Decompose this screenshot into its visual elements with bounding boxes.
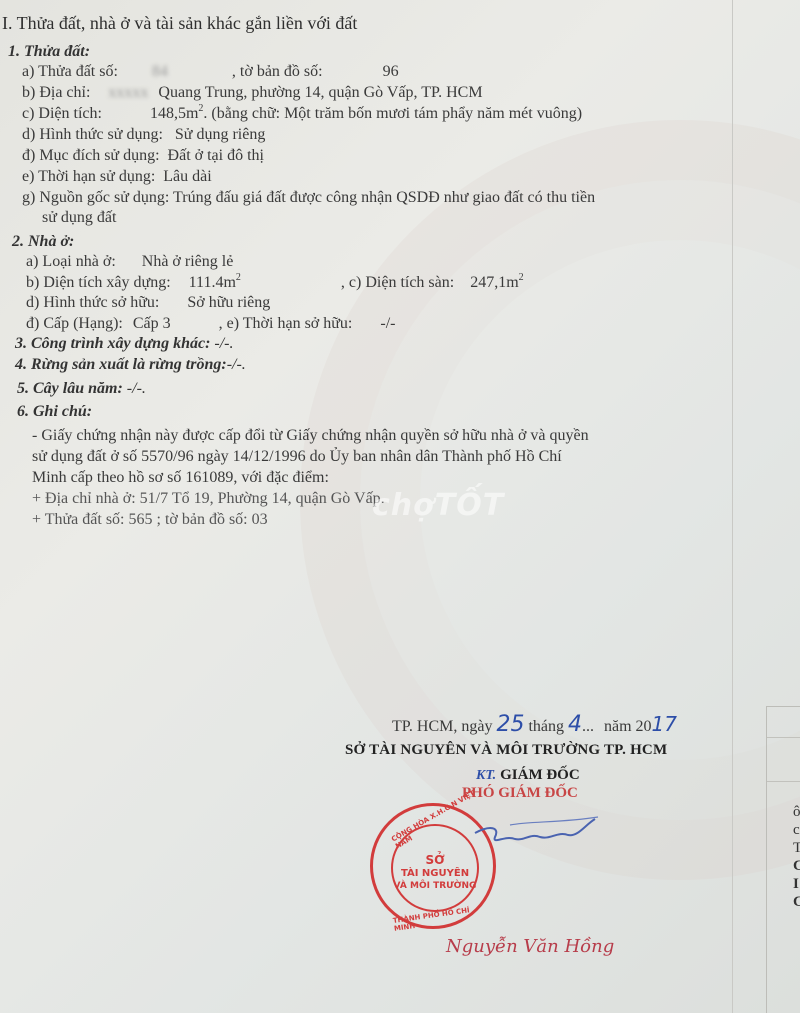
house-type-row: a) Loại nhà ở: Nhà ở riêng lẻ <box>26 252 233 271</box>
term-row: e) Thời hạn sử dụng: Lâu dài <box>22 167 212 186</box>
note-line: + Địa chỉ nhà ở: 51/7 Tổ 19, Phường 14, … <box>32 489 385 508</box>
signer-name: Nguyễn Văn Hồng <box>446 936 614 957</box>
handwritten-day: 25 <box>496 712 524 737</box>
handwritten-month: 4 <box>568 712 582 737</box>
issuing-agency: SỞ TÀI NGUYÊN VÀ MÔI TRƯỜNG TP. HCM <box>345 741 667 760</box>
adjacent-page-fragment: ô c T C I C <box>793 803 800 911</box>
purpose-row: đ) Mục đích sử dụng: Đất ở tại đô thị <box>22 146 264 165</box>
section-4: 4. Rừng sản xuất là rừng trồng:-/-. <box>15 355 246 374</box>
issue-date: TP. HCM, ngày 25 tháng 4... năm 2017 <box>392 715 677 736</box>
signer-title: KT.GIÁM ĐỐC <box>476 766 580 785</box>
parcel-number: 84 <box>152 63 168 80</box>
section-5: 5. Cây lâu năm: -/-. <box>17 379 146 398</box>
origin-row: g) Nguồn gốc sử dụng: Trúng đấu giá đất … <box>22 188 595 207</box>
handwritten-signature-icon <box>470 815 600 855</box>
watermark-logo: chợTỐT <box>372 488 504 523</box>
house-title: 2. Nhà ở: <box>12 232 74 251</box>
grade-row: đ) Cấp (Hạng): Cấp 3 , e) Thời hạn sở hữ… <box>26 314 395 333</box>
handwritten-year: 17 <box>652 712 677 736</box>
map-sheet-number: 96 <box>383 63 399 80</box>
page-edge <box>732 0 733 1013</box>
adjacent-page-panel: ô c T C I C <box>766 706 800 1013</box>
build-area-row: b) Diện tích xây dựng: 111.4m2 , c) Diện… <box>26 273 524 292</box>
section-heading: I. Thửa đất, nhà ở và tài sản khác gắn l… <box>2 14 357 33</box>
address-row: b) Địa chỉ: xxxxx Quang Trung, phường 14… <box>22 83 483 102</box>
note-line: sử dụng đất ở số 5570/96 ngày 14/12/1996… <box>32 447 562 466</box>
origin-row-cont: sử dụng đất <box>42 208 116 227</box>
address-redacted: xxxxx <box>108 84 148 101</box>
parcel-row: a) Thửa đất số: 84 , tờ bản đồ số: 96 <box>22 62 399 81</box>
usage-form-row: d) Hình thức sử dụng: Sử dụng riêng <box>22 125 265 144</box>
note-line: Minh cấp theo hồ sơ số 161089, với đặc đ… <box>32 468 329 487</box>
area-value: 148,5m <box>150 105 198 122</box>
ownership-row: d) Hình thức sở hữu: Sở hữu riêng <box>26 293 270 312</box>
kt-handwritten: KT. <box>476 768 496 783</box>
note-line: - Giấy chứng nhận này được cấp đổi từ Gi… <box>32 426 589 445</box>
land-title: 1. Thửa đất: <box>8 42 90 61</box>
note-line: + Thửa đất số: 565 ; tờ bản đồ số: 03 <box>32 510 268 529</box>
section-3: 3. Công trình xây dựng khác: -/-. <box>15 334 234 353</box>
notes-title: 6. Ghi chú: <box>17 402 92 421</box>
address-value: Quang Trung, phường 14, quận Gò Vấp, TP.… <box>158 84 482 101</box>
area-row: c) Diện tích: 148,5m2. (bằng chữ: Một tr… <box>22 104 582 123</box>
